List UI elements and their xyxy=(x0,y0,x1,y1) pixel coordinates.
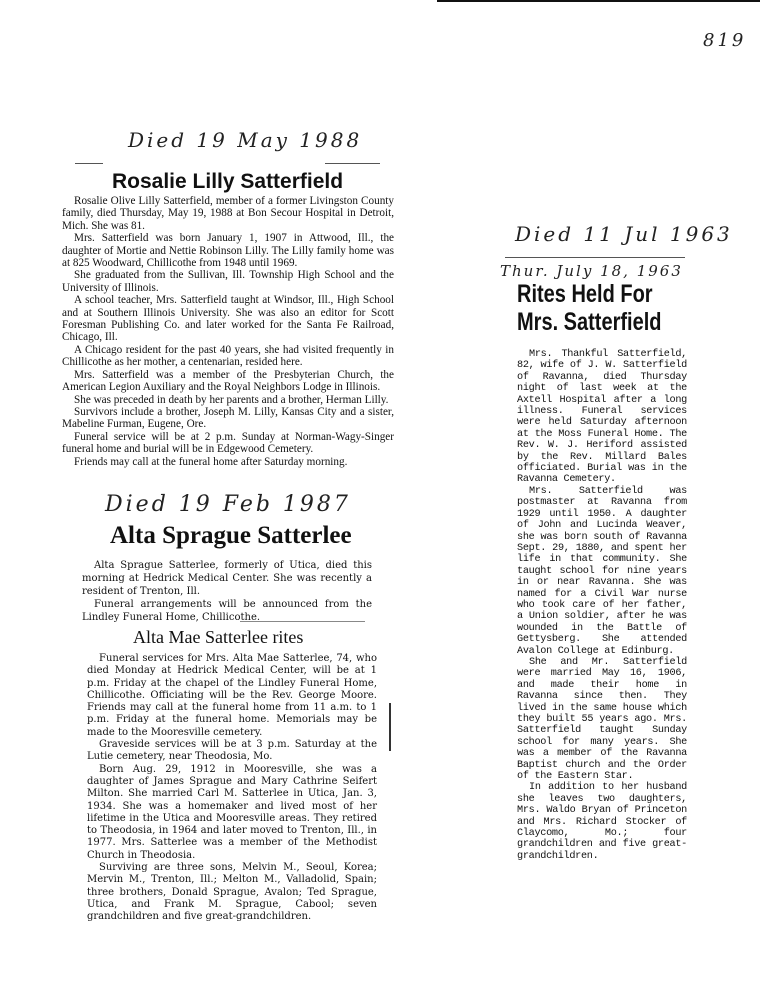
paragraph: Survivors include a brother, Joseph M. L… xyxy=(62,406,394,431)
paragraph: Mrs. Satterfield was born January 1, 190… xyxy=(62,232,394,269)
headline-rosalie: Rosalie Lilly Satterfield xyxy=(112,170,343,194)
paragraph: Graveside services will be at 3 p.m. Sat… xyxy=(87,739,377,764)
paragraph: Funeral services for Mrs. Alta Mae Satte… xyxy=(87,653,377,739)
handwritten-date-rosalie: Died 19 May 1988 xyxy=(128,128,362,152)
article-body-rosalie: Rosalie Olive Lilly Satterfield, member … xyxy=(62,195,394,468)
divider xyxy=(325,163,380,164)
paragraph: Friends may call at the funeral home aft… xyxy=(62,456,394,468)
paragraph: Surviving are three sons, Melvin M., Seo… xyxy=(87,862,377,923)
handwritten-date-alta-sprague: Died 19 Feb 1987 xyxy=(105,492,351,517)
paragraph: A Chicago resident for the past 40 years… xyxy=(62,344,394,369)
divider xyxy=(505,257,685,258)
scan-mark xyxy=(389,703,391,751)
paragraph: Mrs. Satterfield was a member of the Pre… xyxy=(62,369,394,394)
paragraph: Born Aug. 29, 1912 in Mooresville, she w… xyxy=(87,764,377,862)
handwritten-date-thankful: Died 11 Jul 1963 xyxy=(515,222,733,246)
scan-edge xyxy=(437,0,760,2)
divider xyxy=(240,621,365,622)
paragraph: Alta Sprague Satterlee, formerly of Utic… xyxy=(82,559,372,598)
handwritten-note: Thur. July 18, 1963 xyxy=(500,262,683,280)
paragraph: Mrs. Thankful Satterfield, 82, wife of J… xyxy=(517,349,687,486)
paragraph: Rosalie Olive Lilly Satterfield, member … xyxy=(62,195,394,232)
headline-line-1: Rites Held For xyxy=(517,280,661,308)
article-body-alta-sprague: Alta Sprague Satterlee, formerly of Utic… xyxy=(82,559,372,624)
article-body-alta-mae: Funeral services for Mrs. Alta Mae Satte… xyxy=(87,653,377,924)
page-number: 819 xyxy=(703,30,746,51)
divider xyxy=(75,163,103,164)
headline-alta-mae: Alta Mae Satterlee rites xyxy=(133,627,303,648)
headline-alta-sprague: Alta Sprague Satterlee xyxy=(110,522,352,550)
headline-thankful: Rites Held For Mrs. Satterfield xyxy=(517,280,661,336)
paragraph: Funeral service will be at 2 p.m. Sunday… xyxy=(62,431,394,456)
paragraph: She graduated from the Sullivan, Ill. To… xyxy=(62,269,394,294)
paragraph: A school teacher, Mrs. Satterfield taugh… xyxy=(62,294,394,344)
headline-line-2: Mrs. Satterfield xyxy=(517,308,661,336)
paragraph: Mrs. Satterfield was postmaster at Ravan… xyxy=(517,486,687,657)
article-body-thankful: Mrs. Thankful Satterfield, 82, wife of J… xyxy=(517,349,687,862)
paragraph: In addition to her husband she leaves tw… xyxy=(517,782,687,862)
paragraph: She was preceded in death by her parents… xyxy=(62,394,394,406)
paragraph: She and Mr. Satterfield were married May… xyxy=(517,657,687,782)
